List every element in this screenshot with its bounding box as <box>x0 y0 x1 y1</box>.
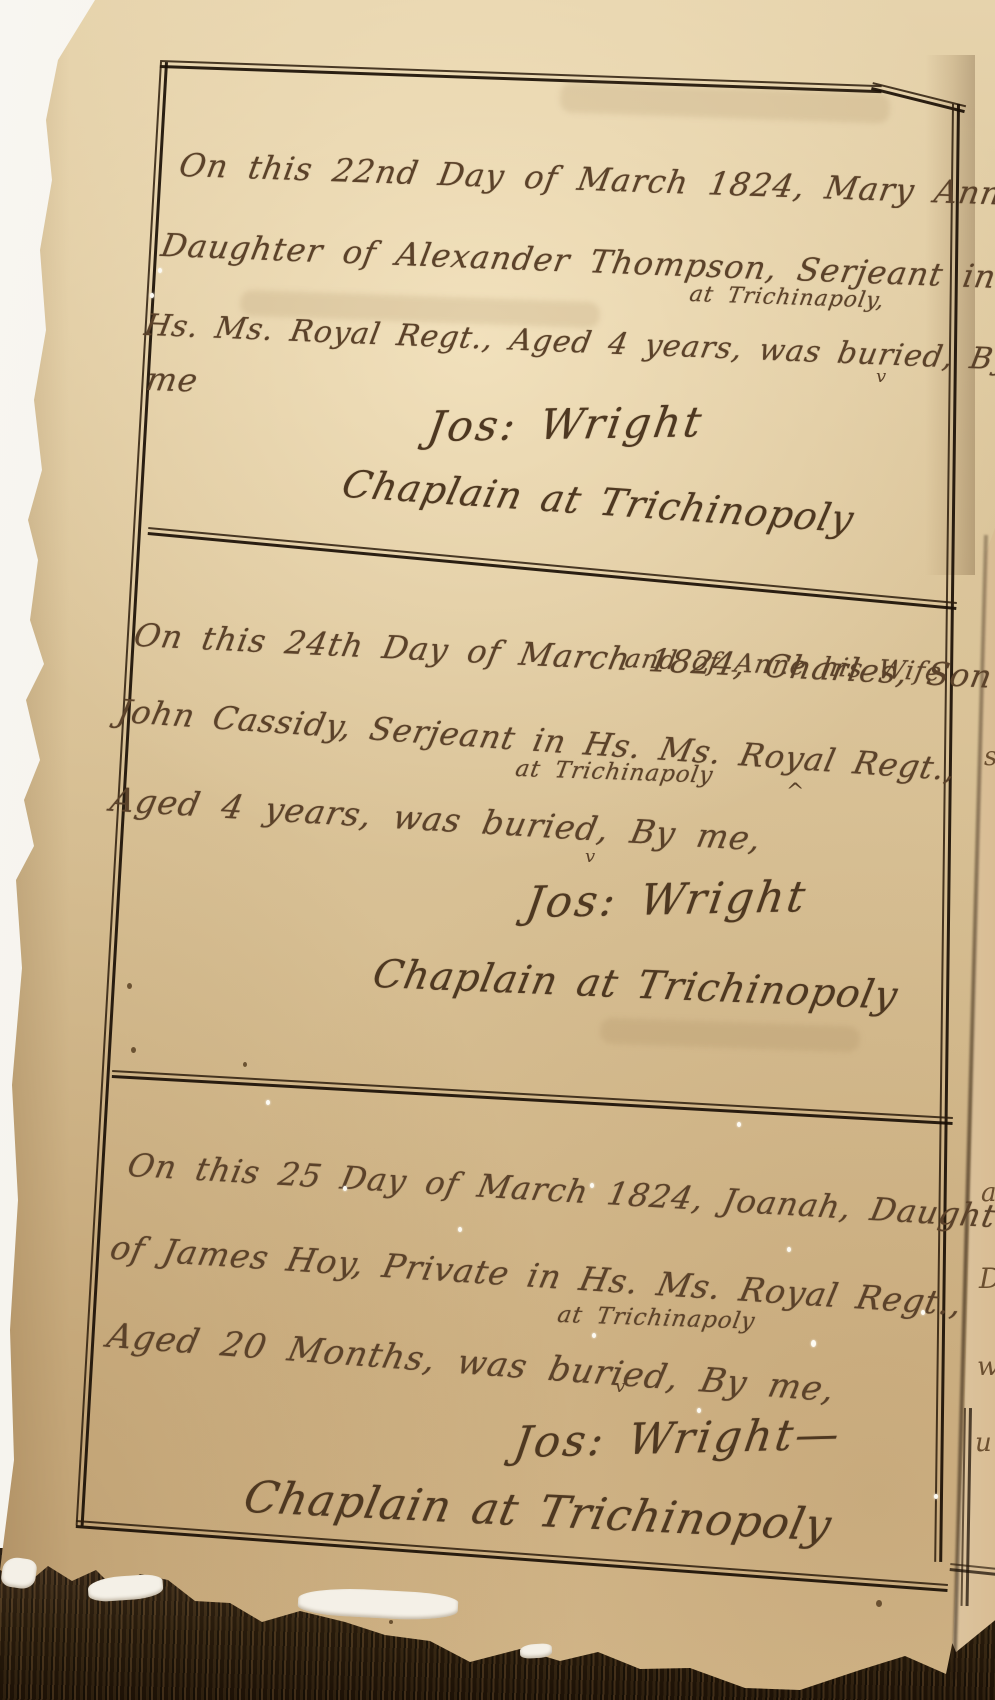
ink-spot <box>876 1600 882 1607</box>
adjacent-page-text-fragment: u <box>975 1428 992 1458</box>
adjacent-page-text-fragment: D <box>979 1262 995 1295</box>
entry-1-line-4: me <box>143 360 201 400</box>
paper-speck <box>592 1333 596 1338</box>
entry-1-caret-mark: v <box>876 366 886 387</box>
entry-2-signature: Jos: Wright <box>522 872 811 928</box>
entry-3-signature: Jos: Wright— <box>510 1409 845 1468</box>
entry-3-caret-mark: v <box>615 1376 625 1397</box>
ink-spot <box>127 983 132 989</box>
paper-speck <box>811 1340 816 1347</box>
paper-speck <box>343 1186 347 1191</box>
paper-speck <box>787 1247 791 1252</box>
paper-speck <box>150 293 154 298</box>
paper-speck <box>158 268 162 273</box>
paper-speck <box>590 1183 594 1188</box>
ink-spot <box>131 1047 136 1053</box>
paper-speck <box>458 1227 462 1232</box>
entry-2-caret-mark: v <box>585 846 595 867</box>
scanned-register-photo: On this 22nd Day of March 1824, Mary Ann… <box>0 0 995 1700</box>
paper-speck <box>737 1122 741 1127</box>
entry-2-insert-caret-mark: ^ <box>786 780 804 805</box>
paper-speck <box>921 1310 925 1315</box>
paper-speck <box>934 1494 938 1499</box>
ink-spot <box>389 1620 393 1624</box>
ink-spot <box>243 1062 247 1067</box>
paper-speck <box>266 1100 270 1105</box>
adjacent-page-text-fragment: w <box>977 1352 995 1382</box>
entry-1-signature: Jos: Wright <box>424 397 708 451</box>
adjacent-page-text-fragment: s <box>984 742 995 772</box>
adjacent-page-text-fragment: a <box>981 1178 995 1208</box>
paper-speck <box>697 1408 701 1413</box>
